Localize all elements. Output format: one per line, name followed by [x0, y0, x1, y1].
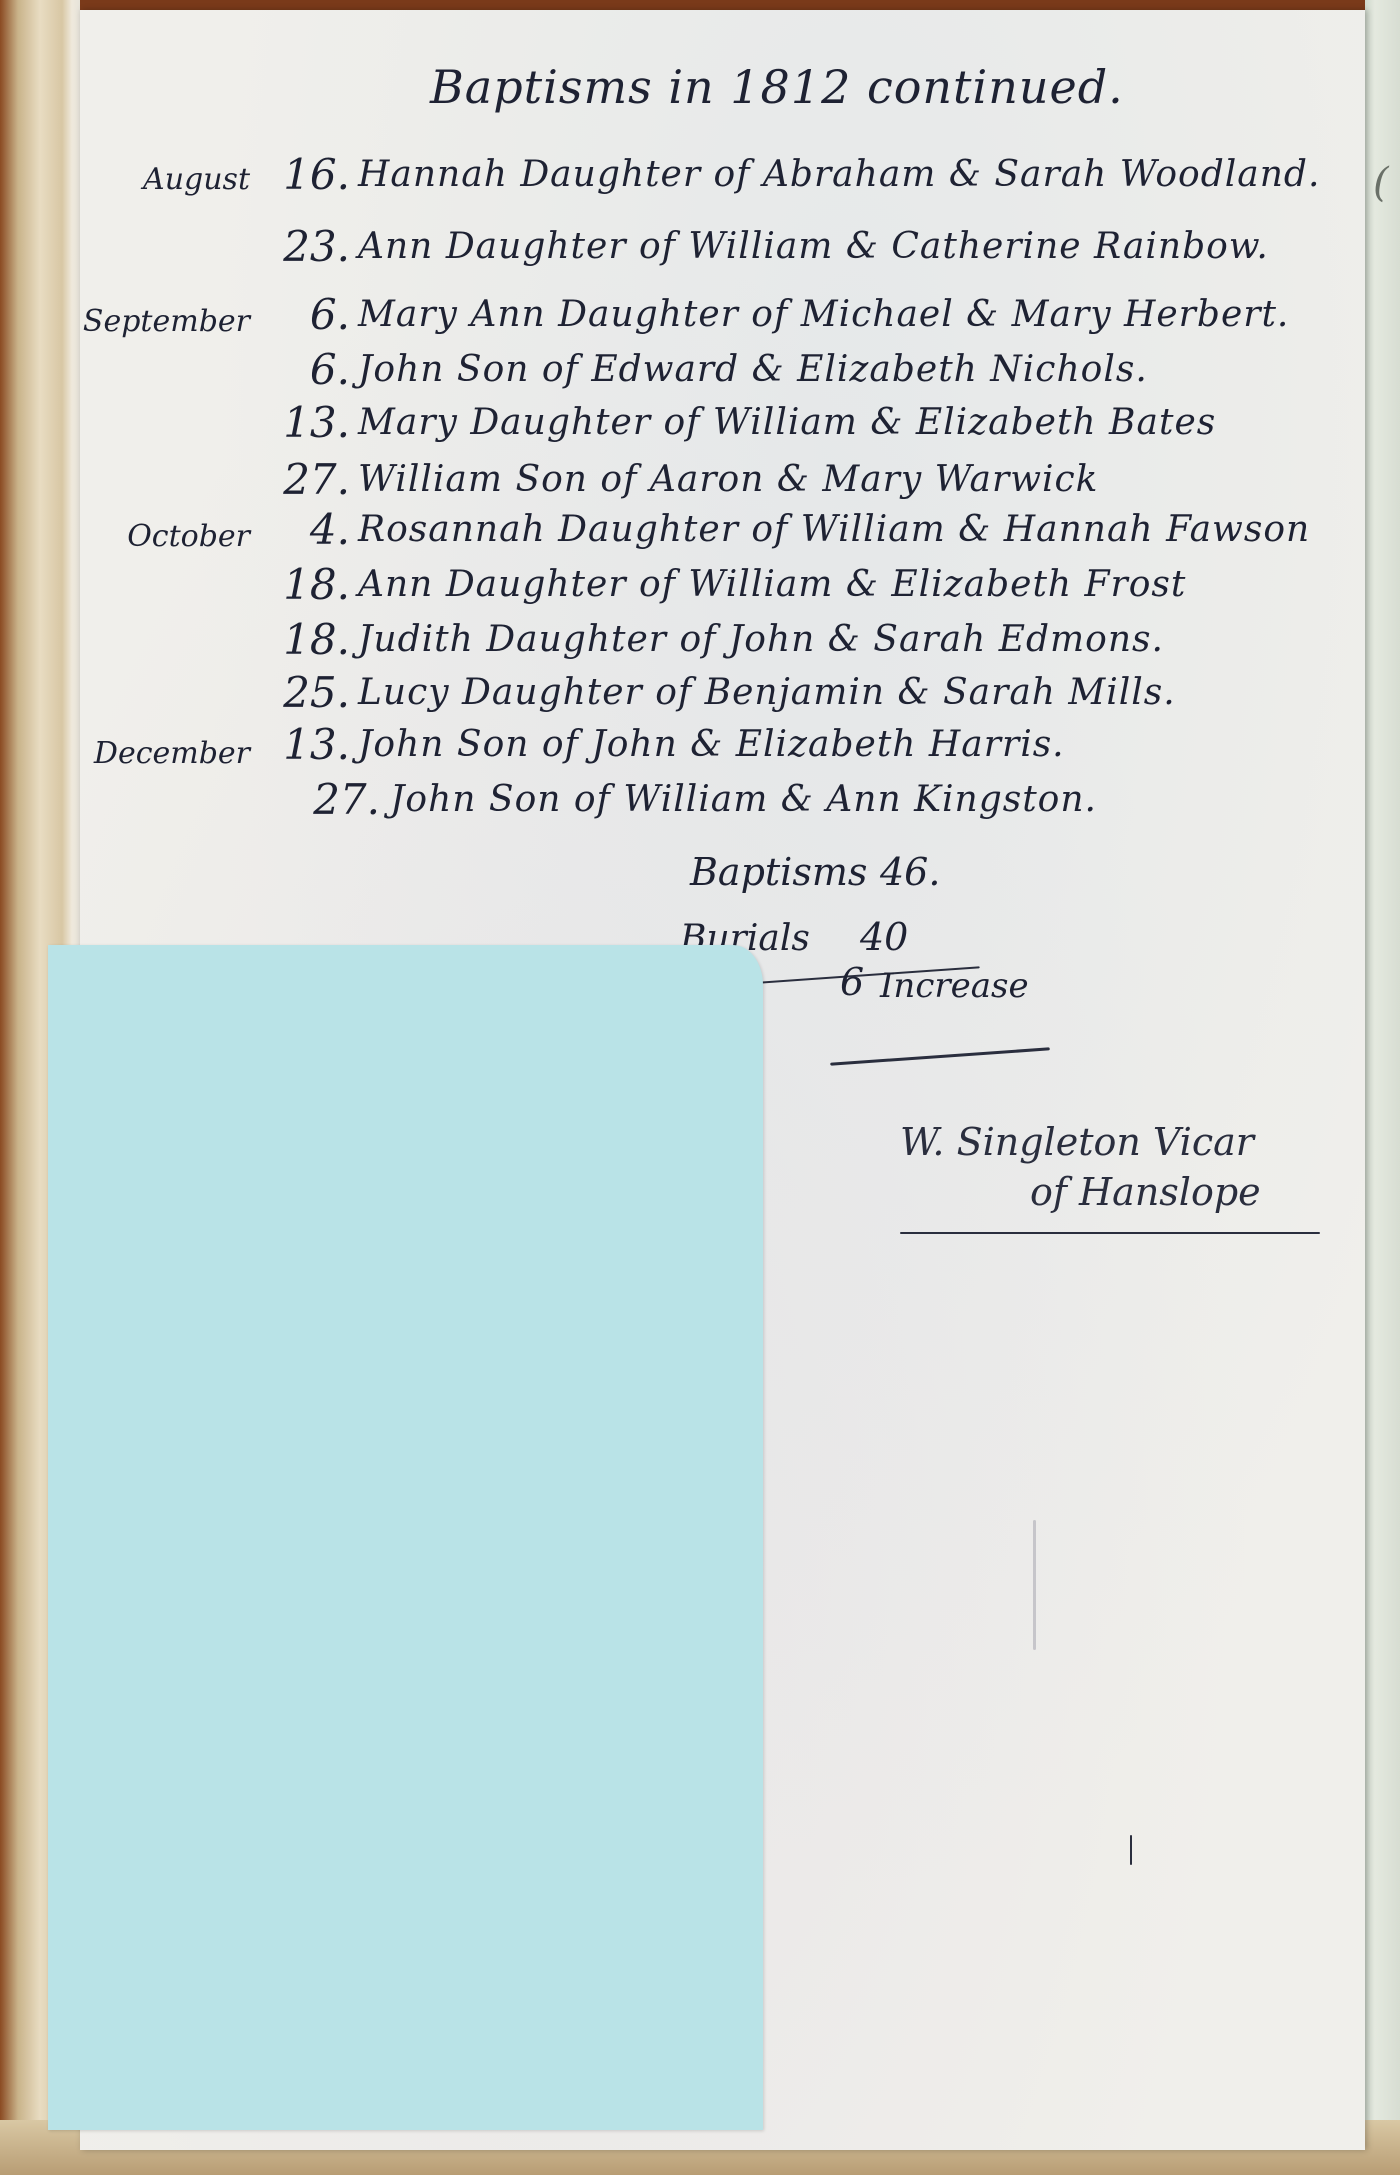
entry-row: 27. John Son of William & Ann Kingston.	[0, 775, 1400, 835]
entry-month: September	[83, 304, 250, 339]
entry-row: August 16. Hannah Daughter of Abraham & …	[0, 150, 1400, 210]
entry-month: October	[127, 519, 250, 554]
entry-row: 13. Mary Daughter of William & Elizabeth…	[0, 398, 1400, 458]
entry-day: 18.	[250, 560, 350, 609]
entry-day: 23.	[250, 222, 350, 271]
page-title: Baptisms in 1812 continued.	[430, 60, 1124, 114]
entry-row: 6. John Son of Edward & Elizabeth Nichol…	[0, 345, 1400, 405]
entry-day: 13.	[250, 720, 350, 769]
baptisms-count: 46.	[880, 850, 940, 894]
entry-text: Rosannah Daughter of William & Hannah Fa…	[358, 509, 1310, 550]
entry-text: John Son of Edward & Elizabeth Nichols.	[358, 349, 1148, 390]
entry-day: 27.	[280, 775, 380, 824]
entry-month: December	[94, 736, 250, 771]
signature-flourish	[900, 1232, 1320, 1234]
entry-month: August	[143, 162, 250, 197]
entry-day: 6.	[250, 290, 350, 339]
baptisms-label: Baptisms	[690, 850, 867, 894]
entry-day: 18.	[250, 615, 350, 664]
entry-day: 4.	[250, 505, 350, 554]
entry-row: October 4. Rosannah Daughter of William …	[0, 505, 1400, 565]
entry-row: September 6. Mary Ann Daughter of Michae…	[0, 290, 1400, 350]
entry-text: Mary Daughter of William & Elizabeth Bat…	[358, 402, 1216, 443]
burials-count: 40	[860, 915, 908, 959]
entry-text: Ann Daughter of William & Catherine Rain…	[358, 226, 1269, 267]
entry-row: 25. Lucy Daughter of Benjamin & Sarah Mi…	[0, 668, 1400, 728]
entry-day: 16.	[250, 150, 350, 199]
signature-name: W. Singleton Vicar	[900, 1120, 1254, 1164]
entry-row: 18. Ann Daughter of William & Elizabeth …	[0, 560, 1400, 620]
entry-text: Mary Ann Daughter of Michael & Mary Herb…	[358, 294, 1289, 335]
entry-row: 23. Ann Daughter of William & Catherine …	[0, 222, 1400, 282]
entry-day: 13.	[250, 398, 350, 447]
entry-text: John Son of William & Ann Kingston.	[390, 779, 1097, 820]
pencil-mark	[1033, 1520, 1036, 1650]
entry-text: Lucy Daughter of Benjamin & Sarah Mills.	[358, 672, 1176, 713]
entry-text: Ann Daughter of William & Elizabeth Fros…	[358, 564, 1186, 605]
entry-text: William Son of Aaron & Mary Warwick	[358, 459, 1099, 500]
increase-count: 6	[840, 960, 864, 1004]
signature-parish: of Hanslope	[1030, 1170, 1261, 1214]
entry-row: December 13. John Son of John & Elizabet…	[0, 720, 1400, 780]
ink-tick-mark	[1130, 1835, 1132, 1865]
entry-row: 18. Judith Daughter of John & Sarah Edmo…	[0, 615, 1400, 675]
entry-text: Judith Daughter of John & Sarah Edmons.	[358, 619, 1164, 660]
entry-text: John Son of John & Elizabeth Harris.	[358, 724, 1065, 765]
entry-day: 27.	[250, 455, 350, 504]
blue-cover-sheet	[48, 945, 763, 2130]
increase-label: Increase	[880, 966, 1029, 1006]
entry-day: 6.	[250, 345, 350, 394]
entry-text: Hannah Daughter of Abraham & Sarah Woodl…	[358, 154, 1320, 195]
entry-day: 25.	[250, 668, 350, 717]
